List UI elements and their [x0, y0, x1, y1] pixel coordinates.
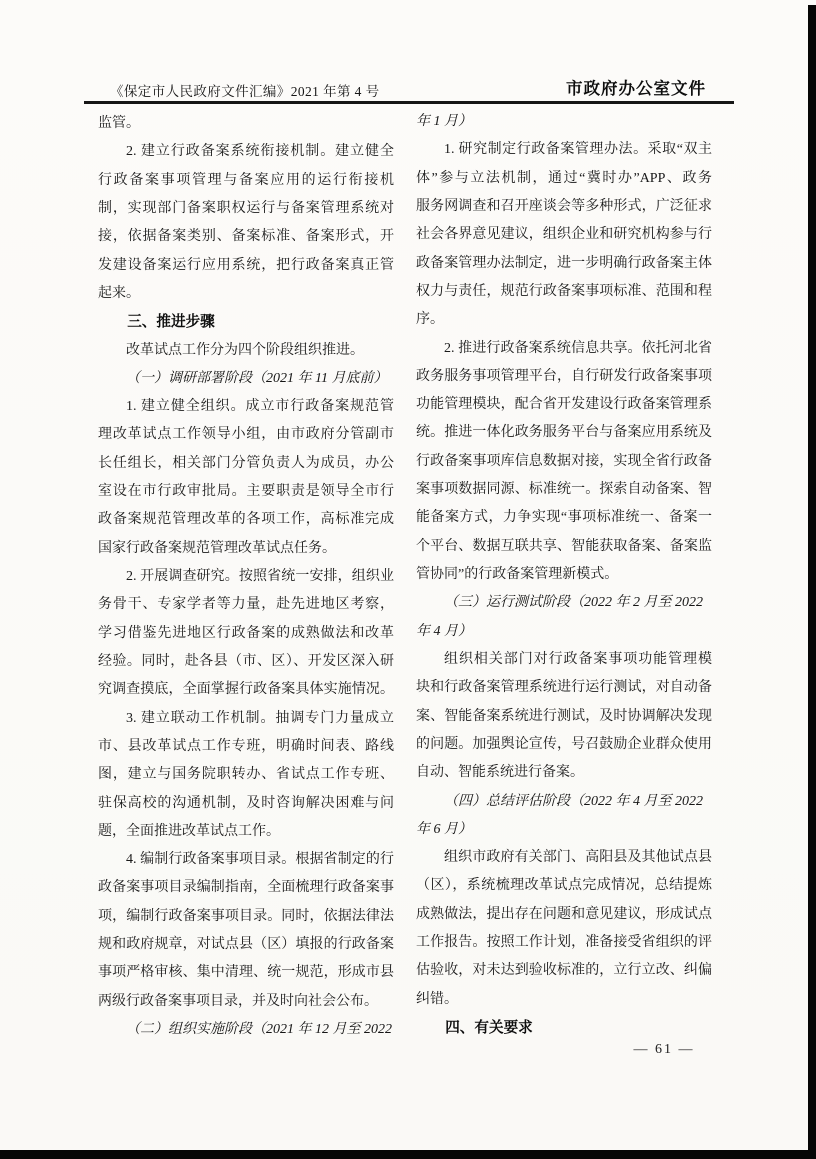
text-line: 服务网调查和召开座谈会等多种形式，广泛征求: [416, 193, 712, 221]
text-line: 学习借鉴先进地区行政备案的成熟做法和改革: [98, 620, 394, 648]
text-line: 驻保高校的沟通机制，及时咨询解决困难与问: [98, 790, 394, 818]
text-line: 管协同”的行政备案管理新模式。: [416, 561, 712, 589]
text-line: 年 6 月）: [416, 816, 712, 844]
text-line: 3. 建立联动工作机制。抽调专门力量成立: [98, 705, 394, 733]
text-line: 长任组长，相关部门分管负责人为成员，办公: [98, 450, 394, 478]
header-rule: [84, 101, 734, 104]
text-line: 规和政府规章，对试点县（区）填报的行政备案: [98, 931, 394, 959]
text-line: 的问题。加强舆论宣传，号召鼓励企业群众使用: [416, 731, 712, 759]
text-line: 年 1 月）: [416, 108, 712, 136]
text-line: 案、智能备案系统进行测试，及时协调解决发现: [416, 703, 712, 731]
text-line: （四）总结评估阶段（2022 年 4 月至 2022: [416, 788, 712, 816]
text-line: 三、推进步骤: [98, 308, 394, 336]
text-line: 年 4 月）: [416, 618, 712, 646]
text-line: （一）调研部署阶段（2021 年 11 月底前）: [98, 365, 394, 393]
text-line: 组织市政府有关部门、高阳县及其他试点县: [416, 844, 712, 872]
text-line: 题，全面推进改革试点工作。: [98, 818, 394, 846]
text-line: 室设在市行政审批局。主要职责是领导全市行: [98, 478, 394, 506]
text-line: 成熟做法，提出存在问题和意见建议，形成试点: [416, 901, 712, 929]
text-line: 经验。同时，赴各县（市、区）、开发区深入研: [98, 648, 394, 676]
text-line: 监管。: [98, 110, 394, 138]
text-line: 国家行政备案规范管理改革试点任务。: [98, 535, 394, 563]
scan-edge-bottom: [0, 1150, 816, 1159]
text-line: 两级行政备案事项目录，并及时向社会公布。: [98, 988, 394, 1016]
text-line: 政务服务事项管理平台，自行研发行政备案事项: [416, 363, 712, 391]
text-line: 政备案规范管理改革的各项工作，高标准完成: [98, 506, 394, 534]
text-line: 估验收，对未达到验收标准的，立行立改、纠偏: [416, 957, 712, 985]
text-line: 4. 编制行政备案事项目录。根据省制定的行: [98, 846, 394, 874]
text-line: 自动、智能系统进行备案。: [416, 759, 712, 787]
text-line: 2. 建立行政备案系统衔接机制。建立健全: [98, 138, 394, 166]
text-line: 序。: [416, 306, 712, 334]
text-line: 社会各界意见建议，组织企业和研究机构参与行: [416, 221, 712, 249]
text-line: 2. 开展调查研究。按照省统一安排，组织业: [98, 563, 394, 591]
text-line: 纠错。: [416, 986, 712, 1014]
text-line: 行政备案事项库信息数据对接，实现全省行政备: [416, 448, 712, 476]
text-line: 工作报告。按照工作计划，准备接受省组织的评: [416, 929, 712, 957]
text-line: 权力与责任，规范行政备案事项标准、范围和程: [416, 278, 712, 306]
text-line: 统。推进一体化政务服务平台与备案应用系统及: [416, 419, 712, 447]
text-line: 功能管理模块，配合省开发建设行政备案管理系: [416, 391, 712, 419]
text-line: 事项严格审核、集中清理、统一规范，形成市县: [98, 959, 394, 987]
text-line: （三）运行测试阶段（2022 年 2 月至 2022: [416, 589, 712, 617]
text-line: 制，实现部门备案职权运行与备案管理系统对: [98, 195, 394, 223]
text-line: 1. 研究制定行政备案管理办法。采取“双主: [416, 136, 712, 164]
text-line: 案事项数据同源、标准统一。探索自动备案、智: [416, 476, 712, 504]
text-line: 块和行政备案管理系统进行运行测试，对自动备: [416, 674, 712, 702]
text-line: 项，编制行政备案事项目录。同时，依据法律法: [98, 903, 394, 931]
text-line: 政备案事项目录编制指南，全面梳理行政备案事: [98, 874, 394, 902]
text-line: （区），系统梳理改革试点完成情况，总结提炼: [416, 872, 712, 900]
text-line: 图，建立与国务院职转办、省试点工作专班、: [98, 761, 394, 789]
text-line: 政备案管理办法制定，进一步明确行政备案主体: [416, 250, 712, 278]
right-column: 年 1 月）1. 研究制定行政备案管理办法。采取“双主体”参与立法机制，通过“冀…: [416, 108, 712, 1042]
page-number: — 61 —: [606, 1042, 722, 1058]
text-line: 起来。: [98, 280, 394, 308]
text-line: 四、有关要求: [416, 1014, 712, 1042]
text-line: 究调查摸底，全面掌握行政备案具体实施情况。: [98, 676, 394, 704]
text-line: 理改革试点工作领导小组，由市政府分管副市: [98, 421, 394, 449]
header-right-title: 市政府办公室文件: [0, 75, 706, 99]
text-line: （二）组织实施阶段（2021 年 12 月至 2022: [98, 1016, 394, 1044]
text-line: 能备案方式，力争实现“事项标准统一、备案一: [416, 504, 712, 532]
left-column: 监管。2. 建立行政备案系统衔接机制。建立健全行政备案事项管理与备案应用的运行衔…: [98, 110, 394, 1044]
text-line: 改革试点工作分为四个阶段组织推进。: [98, 337, 394, 365]
text-line: 发建设备案运行应用系统，把行政备案真正管: [98, 252, 394, 280]
text-line: 组织相关部门对行政备案事项功能管理模: [416, 646, 712, 674]
text-line: 市、县改革试点工作专班，明确时间表、路线: [98, 733, 394, 761]
text-line: 个平台、数据互联共享、智能获取备案、备案监: [416, 533, 712, 561]
text-line: 接，依据备案类别、备案标准、备案形式，开: [98, 223, 394, 251]
text-line: 体”参与立法机制，通过“冀时办”APP、政务: [416, 165, 712, 193]
scan-edge-right: [808, 5, 816, 1159]
text-line: 行政备案事项管理与备案应用的运行衔接机: [98, 167, 394, 195]
document-page: 《保定市人民政府文件汇编》2021 年第 4 号 市政府办公室文件 监管。2. …: [0, 0, 816, 1159]
text-line: 务骨干、专家学者等力量，赴先进地区考察，: [98, 591, 394, 619]
text-line: 1. 建立健全组织。成立市行政备案规范管: [98, 393, 394, 421]
text-line: 2. 推进行政备案系统信息共享。依托河北省: [416, 335, 712, 363]
